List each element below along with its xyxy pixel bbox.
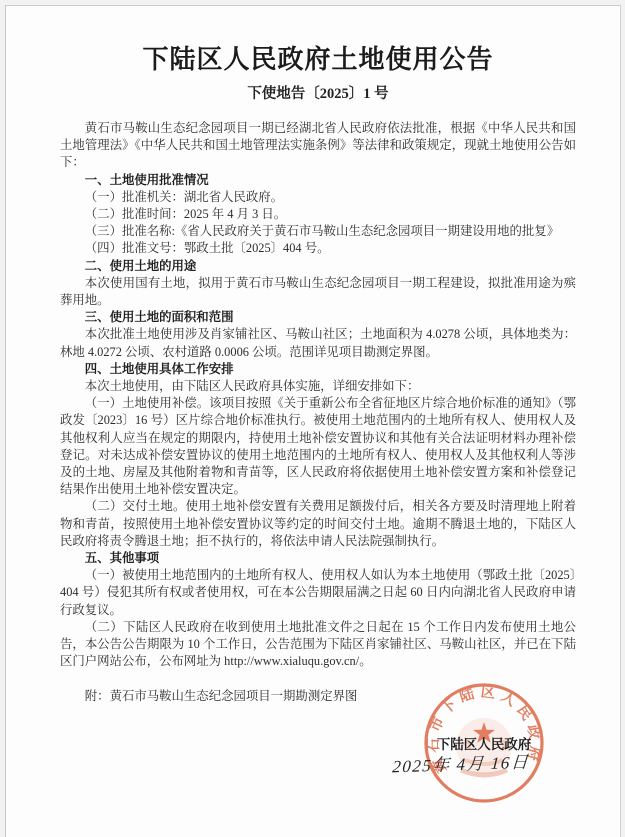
document-page: 下陆区人民政府土地使用公告 下使地告〔2025〕1 号 黄石市马鞍山生态纪念园项…: [5, 5, 621, 837]
document-viewer: 下陆区人民政府土地使用公告 下使地告〔2025〕1 号 黄石市马鞍山生态纪念园项…: [0, 0, 625, 837]
paragraph: （二）批准时间：2025 年 4 月 3 日。: [60, 206, 576, 223]
section-heading: 三、使用土地的面积和范围: [60, 309, 576, 326]
paragraph: 本次批准土地使用涉及肖家铺社区、马鞍山社区；土地面积为 4.0278 公顷，具体…: [60, 326, 576, 360]
paragraph: （四）批准文号：鄂政土批〔2025〕404 号。: [60, 240, 576, 257]
document-body: 黄石市马鞍山生态纪念园项目一期已经湖北省人民政府依法批准，根据《中华人民共和国土…: [60, 120, 576, 705]
section-heading: 一、土地使用批准情况: [60, 172, 576, 189]
section-heading: 四、土地使用具体工作安排: [60, 361, 576, 378]
paragraph: （一）土地使用补偿。该项目按照《关于重新公布全省征地区片综合地价标准的通知》（鄂…: [60, 395, 576, 498]
paragraph: （二）下陆区人民政府在收到使用土地批准文件之日起在 15 个工作日内发布使用土地…: [60, 619, 576, 671]
document-content: 下陆区人民政府土地使用公告 下使地告〔2025〕1 号 黄石市马鞍山生态纪念园项…: [6, 6, 620, 705]
paragraph: （三）批准名称:《省人民政府关于黄石市马鞍山生态纪念园项目一期建设用地的批复》: [60, 223, 576, 240]
paragraph: 黄石市马鞍山生态纪念园项目一期已经湖北省人民政府依法批准，根据《中华人民共和国土…: [60, 120, 576, 172]
paragraph: （一）批准机关：湖北省人民政府。: [60, 189, 576, 206]
paragraph: （二）交付土地。使用土地补偿安置有关费用足额拨付后，相关各方要及时清理地上附着物…: [60, 498, 576, 550]
page-title: 下陆区人民政府土地使用公告: [60, 44, 576, 76]
document-number: 下使地告〔2025〕1 号: [60, 84, 576, 104]
paragraph: 本次土地使用，由下陆区人民政府具体实施，详细安排如下：: [60, 378, 576, 395]
section-heading: 二、使用土地的用途: [60, 258, 576, 275]
paragraph: 本次使用国有土地，拟用于黄石市马鞍山生态纪念园项目一期工程建设，拟批准用途为殡葬…: [60, 275, 576, 309]
paragraph: （一）被使用土地范围内的土地所有权人、使用权人如认为本土地使用（鄂政土批〔202…: [60, 567, 576, 619]
section-heading: 五、其他事项: [60, 550, 576, 567]
